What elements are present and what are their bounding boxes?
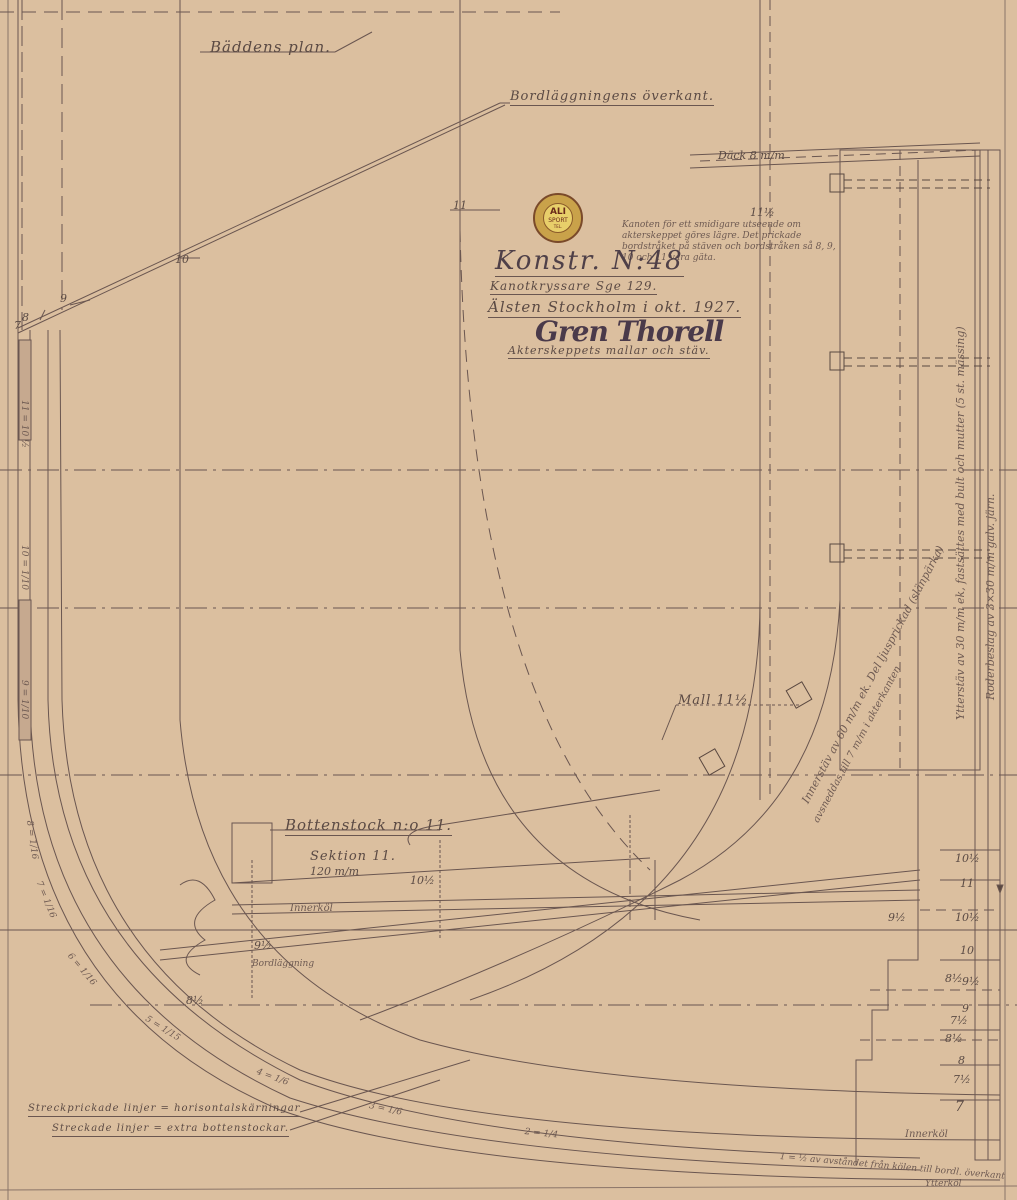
- sheer-mark-8: 8: [22, 312, 29, 323]
- baddens-plan-label: Bäddens plan.: [210, 40, 331, 55]
- sektion-dimension: 120 m/m: [310, 866, 359, 877]
- stamp-brand: ALI: [544, 207, 572, 217]
- waterline-label: 10½: [955, 853, 980, 864]
- strake-label-11: 11 = 10 ½: [19, 400, 28, 448]
- waterline-label: 8: [958, 1055, 965, 1066]
- construction-number-title: Konstr. N:48: [495, 248, 684, 277]
- designer-signature: Gren Thorell: [535, 318, 723, 346]
- legend-dashed: Streckade linjer = extra bottenstockar.: [52, 1124, 289, 1137]
- legend-dashdot: Streckprickade linjer = horisontalskärni…: [28, 1104, 300, 1117]
- mall-label: Mall 11½: [678, 694, 749, 707]
- deck-label: Däck 8 m/m: [718, 150, 785, 161]
- ytterstav-label: Ytterstäv av 30 m/m ek, fastsättes med b…: [955, 326, 966, 720]
- bordlaggning-label: Bordläggning: [252, 960, 314, 969]
- sheer-mark-10: 10: [175, 254, 189, 265]
- waterline-label: 7½: [953, 1074, 971, 1085]
- frame-eleven-half-top: 11½: [750, 207, 775, 218]
- innerkol-label: Innerköl: [290, 904, 333, 914]
- label-ten-half: 10½: [410, 875, 435, 886]
- strake-label-9: 9 = 1/10: [19, 680, 28, 719]
- stamp-tel: TEL.: [544, 224, 572, 229]
- ali-sport-stamp: ALI SPORT TEL.: [533, 193, 583, 243]
- label-nine-half-a: 9½: [254, 940, 272, 951]
- waterline-label: 11: [960, 878, 974, 889]
- sektion-label: Sektion 11.: [310, 850, 396, 863]
- ytterkol-label: Ytterköl: [925, 1180, 962, 1189]
- sheer-mark-7: 7: [14, 320, 21, 331]
- waterline-label: 8½: [945, 973, 963, 984]
- waterline-label: 9½: [962, 976, 980, 987]
- sheet-subject-label: Akterskeppets mallar och stäv.: [508, 345, 710, 359]
- waterline-label: 8½: [945, 1033, 963, 1044]
- boat-type-label: Kanotkryssare Sge 129.: [490, 280, 657, 295]
- label-nine-half-b: 9½: [888, 912, 906, 923]
- sheer-mark-9: 9: [60, 293, 67, 304]
- waterline-label: 7: [955, 1100, 964, 1114]
- strake-label-10: 10 = 1/10: [19, 545, 28, 590]
- waterline-label: 10: [960, 945, 974, 956]
- roder-label: Roderbeslag av 3×30 m/m galv. järn.: [985, 494, 996, 700]
- waterline-label: 9: [962, 1003, 969, 1014]
- drawing-sheet: ALI SPORT TEL. Bäddens plan. Bordläggnin…: [0, 0, 1017, 1200]
- bottenstock-label: Bottenstock n:o 11.: [285, 818, 452, 836]
- waterline-label: 10½: [955, 912, 980, 923]
- sheer-line-label: Bordläggningens överkant.: [510, 90, 714, 106]
- stamp-sport: SPORT: [544, 217, 572, 224]
- label-eight-half: 8½: [186, 995, 204, 1006]
- innerkol-label-right: Innerköl: [905, 1130, 948, 1140]
- waterline-label: 7½: [950, 1015, 968, 1026]
- sheer-mark-11: 11: [453, 200, 467, 211]
